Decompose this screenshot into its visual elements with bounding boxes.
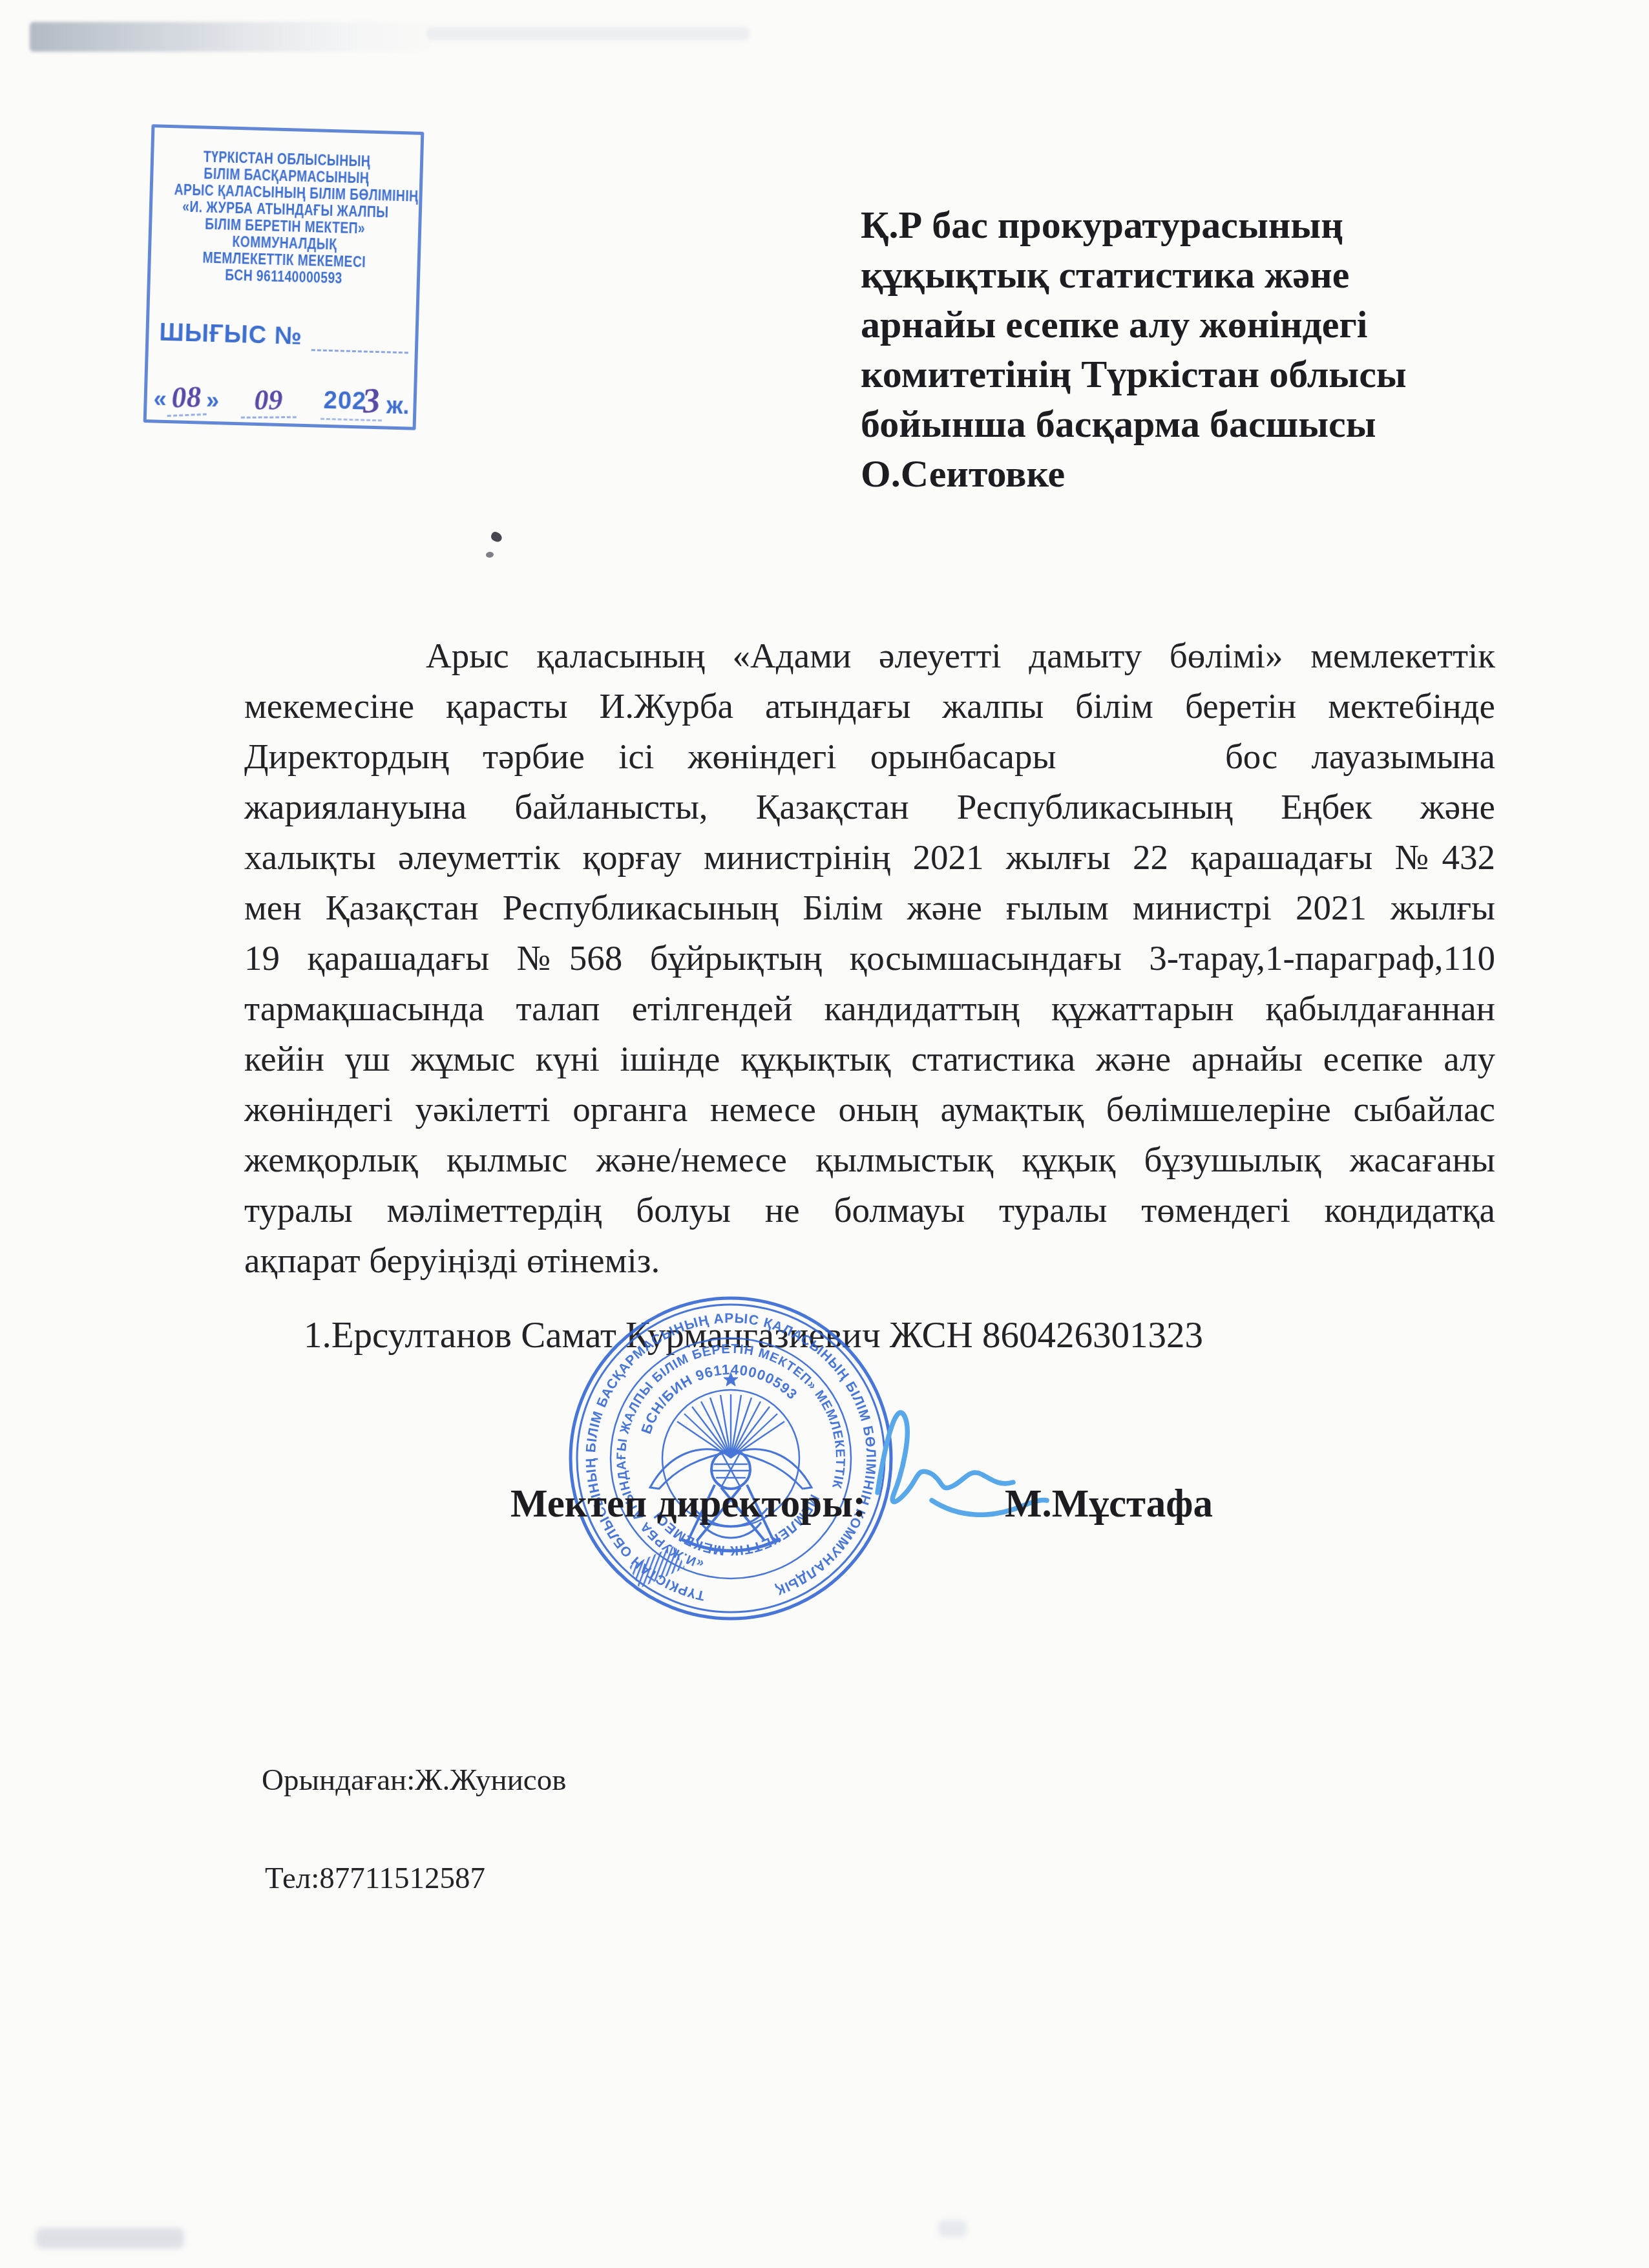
scanned-letter-page: ТҮРКІСТАН ОБЛЫСЫНЫҢБІЛІМ БАСҚАРМАСЫНЫҢАР… (0, 0, 1649, 2268)
body-line: 19 қарашадағы №568 бұйрықтың қосымшасынд… (244, 933, 1495, 983)
round-official-seal: ТҮРКІСТАН ОБЛЫСЫНЫҢ БІЛІМ БАСҚАРМАСЫНЫҢ … (567, 1295, 894, 1622)
body-line: Арыс қаласының «Адами әлеуетті дамыту бө… (244, 631, 1495, 681)
scan-smudge-top-tail (426, 27, 750, 40)
ink-speck (485, 551, 494, 558)
year-suffix: ж. (386, 392, 410, 423)
body-line: ақпарат беруіңізді өтінеміз. (244, 1235, 1495, 1286)
stamp-organization-lines: ТҮРКІСТАН ОБЛЫСЫНЫҢБІЛІМ БАСҚАРМАСЫНЫҢАР… (172, 147, 399, 288)
body-line: жөніндегі уәкілетті органга немесе оның … (244, 1084, 1495, 1135)
handwritten-year-digit: 3 (361, 380, 382, 421)
handwritten-month: 09 (241, 383, 297, 419)
body-line: жариялануына байланысты, Қазақстан Респу… (244, 782, 1495, 832)
body-line: тармақшасында талап етілгендей кандидатт… (244, 983, 1495, 1034)
stamp-outgoing-number-row: ШЫҒЫС № (159, 315, 409, 354)
printed-year: 202 (323, 387, 367, 415)
recipient-line: арнайы есепке алу жөніндегі (861, 300, 1584, 350)
body-line: Директордың тәрбие ісі жөніндегі орынбас… (244, 731, 1495, 782)
body-line: халықты әлеуметтік қорғау министрінің 20… (244, 832, 1495, 883)
body-line: кейін үш жұмыс күні ішінде құқықтық стат… (244, 1034, 1495, 1084)
recipient-line: Қ.Р бас прокуратурасының (861, 200, 1584, 250)
scan-smudge-top (30, 22, 430, 52)
outgoing-number-label: ШЫҒЫС № (159, 319, 303, 351)
body-line: мекемесіне қарасты И.Журба атындағы жалп… (244, 681, 1495, 731)
year-group: 2023 (320, 377, 383, 422)
recipient-line: О.Сеитовке (861, 449, 1584, 499)
open-quote: « (153, 385, 167, 415)
body-line: туралы мәліметтердің болуы не болмауы ту… (244, 1185, 1495, 1235)
recipient-line: құқықтық статистика және (861, 250, 1584, 300)
handwritten-day: 08 (166, 379, 207, 417)
scan-smudge-bottom (36, 2228, 184, 2249)
outgoing-stamp: ТҮРКІСТАН ОБЛЫСЫНЫҢБІЛІМ БАСҚАРМАСЫНЫҢАР… (143, 124, 425, 430)
letter-body: Арыс қаласының «Адами әлеуетті дамыту бө… (244, 631, 1495, 1286)
scan-smudge-bottom (938, 2220, 967, 2237)
ink-speck (490, 530, 503, 543)
body-line: жемқорлық қылмыс және/немесе қылмыстық қ… (244, 1135, 1495, 1185)
executor-line: Орындаған:Ж.Жунисов (262, 1763, 566, 1798)
outgoing-number-blank-line (311, 319, 409, 353)
recipient-line: комитетінің Түркістан облысы (861, 350, 1584, 399)
phone-line: Тел:87711512587 (265, 1861, 485, 1896)
signer-name: М.Мұстафа (1005, 1482, 1213, 1527)
recipient-line: бойынша басқарма басшысы (861, 399, 1584, 449)
signature-label: Мектеп директоры: (510, 1482, 866, 1527)
close-quote: » (205, 387, 219, 417)
stamp-date-row: « 08 » 09 2023 ж. (153, 372, 410, 422)
recipient-block: Қ.Р бас прокуратурасыныңқұқықтық статист… (861, 200, 1584, 499)
letter-body-lines: Арыс қаласының «Адами әлеуетті дамыту бө… (244, 631, 1495, 1235)
body-line: мен Қазақстан Республикасының Білім және… (244, 883, 1495, 933)
